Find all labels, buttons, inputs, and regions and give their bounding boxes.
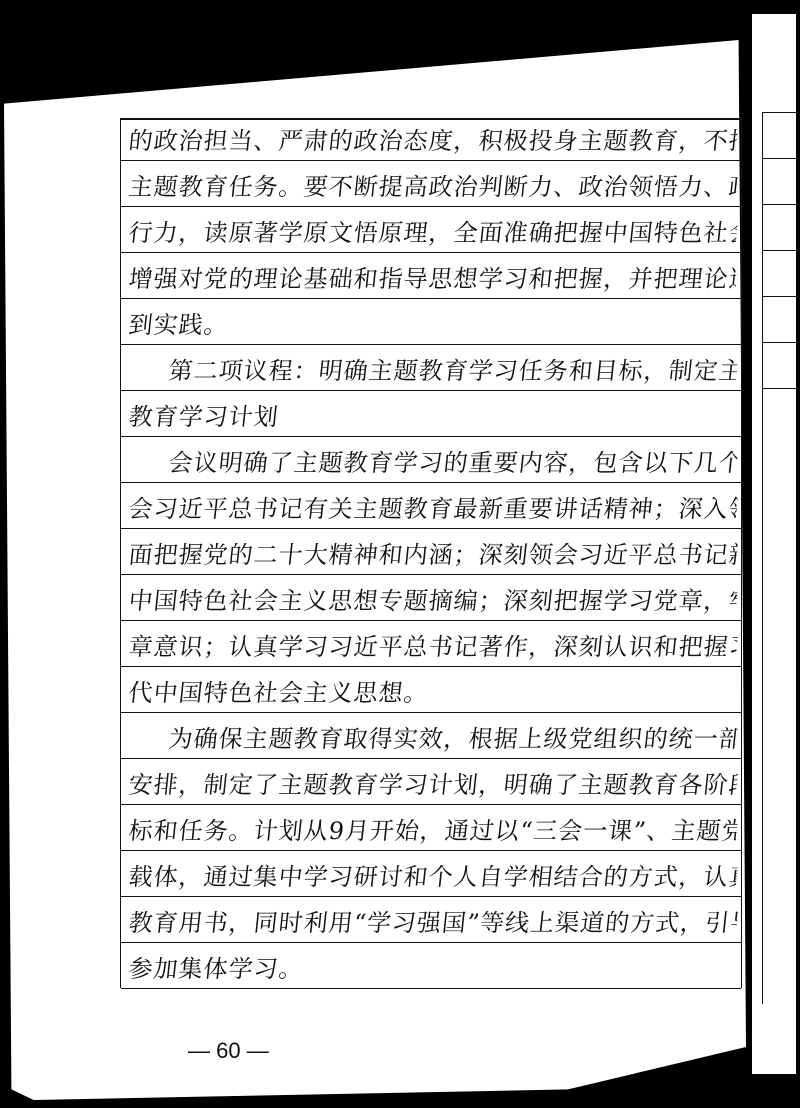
handwritten-text: 中国特色社会主义思想专题摘编；深刻把握学习党章，牢固树立党 <box>127 581 739 616</box>
handwritten-text: 教育用书，同时利用“学习强国”等线上渠道的方式，引导党员自觉 <box>127 903 739 938</box>
handwritten-text: 的政治担当、严肃的政治态度，积极投身主题教育，不折不扣地完成 <box>127 121 739 156</box>
handwritten-text: 安排，制定了主题教育学习计划，明确了主题教育各阶段的目 <box>127 765 739 800</box>
page-number: — 60 — <box>188 1038 269 1064</box>
ruled-writing-area: 的政治担当、严肃的政治态度，积极投身主题教育，不折不扣地完成 主题教育任务。要不… <box>120 118 742 988</box>
ruled-line: 第二项议程：明确主题教育学习任务和目标，制定主题 <box>121 348 741 391</box>
handwritten-text: 会习近平总书记有关主题教育最新重要讲话精神；深入领会和全 <box>127 489 739 524</box>
handwritten-text: 行力，读原著学原文悟原理，全面准确把握中国特色社会主义思想 <box>127 213 739 248</box>
ruled-line: 载体，通过集中学习研讨和个人自学相结合的方式，认真学习主题 <box>121 854 741 897</box>
ruled-line: 行力，读原著学原文悟原理，全面准确把握中国特色社会主义思想 <box>121 210 741 253</box>
handwritten-text: 会议明确了主题教育学习的重要内容，包含以下几个方面：深入领 <box>167 443 739 478</box>
ruled-line: 中国特色社会主义思想专题摘编；深刻把握学习党章，牢固树立党 <box>121 578 741 621</box>
handwritten-text: 标和任务。计划从9月开始，通过以“三会一课”、主题党日等为 <box>127 811 739 846</box>
handwritten-text: 参加集体学习。 <box>127 949 739 984</box>
handwritten-text: 为确保主题教育取得实效，根据上级党组织的统一部署 <box>167 719 739 754</box>
ruled-line: 主题教育任务。要不断提高政治判断力、政治领悟力、政治执 <box>121 164 741 207</box>
adjacent-rule <box>762 204 796 205</box>
ruled-line: 安排，制定了主题教育学习计划，明确了主题教育各阶段的目 <box>121 762 741 805</box>
handwritten-text: 代中国特色社会主义思想。 <box>127 673 739 708</box>
ruled-line: 代中国特色社会主义思想。 <box>121 670 741 713</box>
handwritten-text: 面把握党的二十大精神和内涵；深刻领会习近平总书记新时代 <box>127 535 739 570</box>
ruled-line: 教育学习计划 <box>121 394 741 437</box>
ruled-line: 面把握党的二十大精神和内涵；深刻领会习近平总书记新时代 <box>121 532 741 575</box>
handwritten-text: 主题教育任务。要不断提高政治判断力、政治领悟力、政治执 <box>127 167 739 202</box>
handwritten-text: 增强对党的理论基础和指导思想学习和把握，并把理论运用 <box>127 259 739 294</box>
ruled-line: 章意识；认真学习习近平总书记著作，深刻认识和把握习近平新时 <box>121 624 741 667</box>
adjacent-page-edge <box>752 14 796 1074</box>
handwritten-heading: 第二项议程：明确主题教育学习任务和目标，制定主题 <box>167 351 739 386</box>
ruled-line: 会习近平总书记有关主题教育最新重要讲话精神；深入领会和全 <box>121 486 741 529</box>
adjacent-rule <box>762 342 796 343</box>
adjacent-rule <box>762 388 796 389</box>
ruled-line: 增强对党的理论基础和指导思想学习和把握，并把理论运用 <box>121 256 741 299</box>
adjacent-rule <box>762 296 796 297</box>
ruled-line: 会议明确了主题教育学习的重要内容，包含以下几个方面：深入领 <box>121 440 741 483</box>
notebook-spine <box>744 14 752 1074</box>
adjacent-rule <box>762 158 796 159</box>
handwritten-text: 到实践。 <box>127 305 739 340</box>
ruled-line: 的政治担当、严肃的政治态度，积极投身主题教育，不折不扣地完成 <box>121 118 741 161</box>
handwritten-text: 载体，通过集中学习研讨和个人自学相结合的方式，认真学习主题 <box>127 857 739 892</box>
adjacent-page-margin-line <box>762 112 763 1004</box>
ruled-line: 参加集体学习。 <box>121 946 741 989</box>
handwritten-text: 章意识；认真学习习近平总书记著作，深刻认识和把握习近平新时 <box>127 627 739 662</box>
adjacent-rule <box>762 112 796 113</box>
ruled-line: 为确保主题教育取得实效，根据上级党组织的统一部署 <box>121 716 741 759</box>
ruled-line: 标和任务。计划从9月开始，通过以“三会一课”、主题党日等为 <box>121 808 741 851</box>
handwritten-heading: 教育学习计划 <box>127 397 739 432</box>
ruled-line: 到实践。 <box>121 302 741 345</box>
adjacent-rule <box>762 250 796 251</box>
ruled-line: 教育用书，同时利用“学习强国”等线上渠道的方式，引导党员自觉 <box>121 900 741 943</box>
